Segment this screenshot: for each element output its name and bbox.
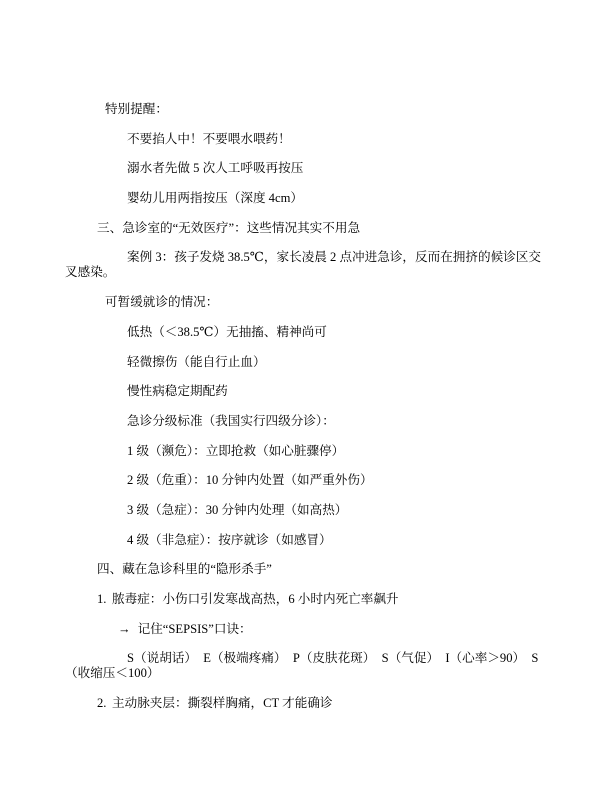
numbered-list-item: 1.脓毒症：小伤口引发寒战高热，6 小时内死亡率飙升 xyxy=(65,592,547,607)
paragraph-item: 不要掐人中！不要喂水喂药！ xyxy=(65,132,547,147)
paragraph-section: 三、急诊室的“无效医疗”：这些情况其实不用急 xyxy=(65,221,547,236)
paragraph-item: 3 级（急症）：30 分钟内处理（如高热） xyxy=(65,503,547,518)
paragraph-item: 急诊分级标准（我国实行四级分诊）： xyxy=(65,414,547,429)
paragraph-item: 轻微擦伤（能自行止血） xyxy=(65,355,547,370)
paragraph-item: 1 级（濒危）：立即抢救（如心脏骤停） xyxy=(65,444,547,459)
paragraph-item: 4 级（非急症）：按序就诊（如感冒） xyxy=(65,533,547,548)
list-number: 1. xyxy=(97,592,112,607)
paragraph-mnemonic: S（说胡话） E（极端疼痛） P（皮肤花斑） S（气促） I（心率＞90） S（… xyxy=(65,651,547,681)
numbered-list-item: 2.主动脉夹层：撕裂样胸痛，CT 才能确诊 xyxy=(65,696,547,711)
document-page: 特别提醒：不要掐人中！不要喂水喂药！溺水者先做 5 次人工呼吸再按压婴幼儿用两指… xyxy=(0,0,612,792)
right-arrow-icon: → xyxy=(118,622,131,637)
paragraph-item: 慢性病稳定期配药 xyxy=(65,384,547,399)
paragraph-item: 低热（＜38.5℃）无抽搐、精神尚可 xyxy=(65,325,547,340)
list-number: 2. xyxy=(97,696,112,711)
list-item-text: 主动脉夹层：撕裂样胸痛，CT 才能确诊 xyxy=(112,696,333,710)
paragraph-item: 溺水者先做 5 次人工呼吸再按压 xyxy=(65,161,547,176)
paragraph-section: 四、藏在急诊科里的“隐形杀手” xyxy=(65,562,547,577)
paragraph-sub: 特别提醒： xyxy=(65,102,547,117)
paragraph-item: 2 级（危重）：10 分钟内处置（如严重外伤） xyxy=(65,473,547,488)
paragraph-sub: 可暂缓就诊的情况： xyxy=(65,295,547,310)
arrow-note-line: →记住“SEPSIS”口诀： xyxy=(65,622,547,637)
list-item-text: 脓毒症：小伤口引发寒战高热，6 小时内死亡率飙升 xyxy=(112,592,399,606)
paragraph-case: 案例 3：孩子发烧 38.5℃，家长凌晨 2 点冲进急诊，反而在拥挤的候诊区交叉… xyxy=(65,250,547,280)
arrow-note-text: 记住“SEPSIS”口诀： xyxy=(138,622,252,636)
document-content: 特别提醒：不要掐人中！不要喂水喂药！溺水者先做 5 次人工呼吸再按压婴幼儿用两指… xyxy=(0,0,612,711)
paragraph-item: 婴幼儿用两指按压（深度 4cm） xyxy=(65,191,547,206)
